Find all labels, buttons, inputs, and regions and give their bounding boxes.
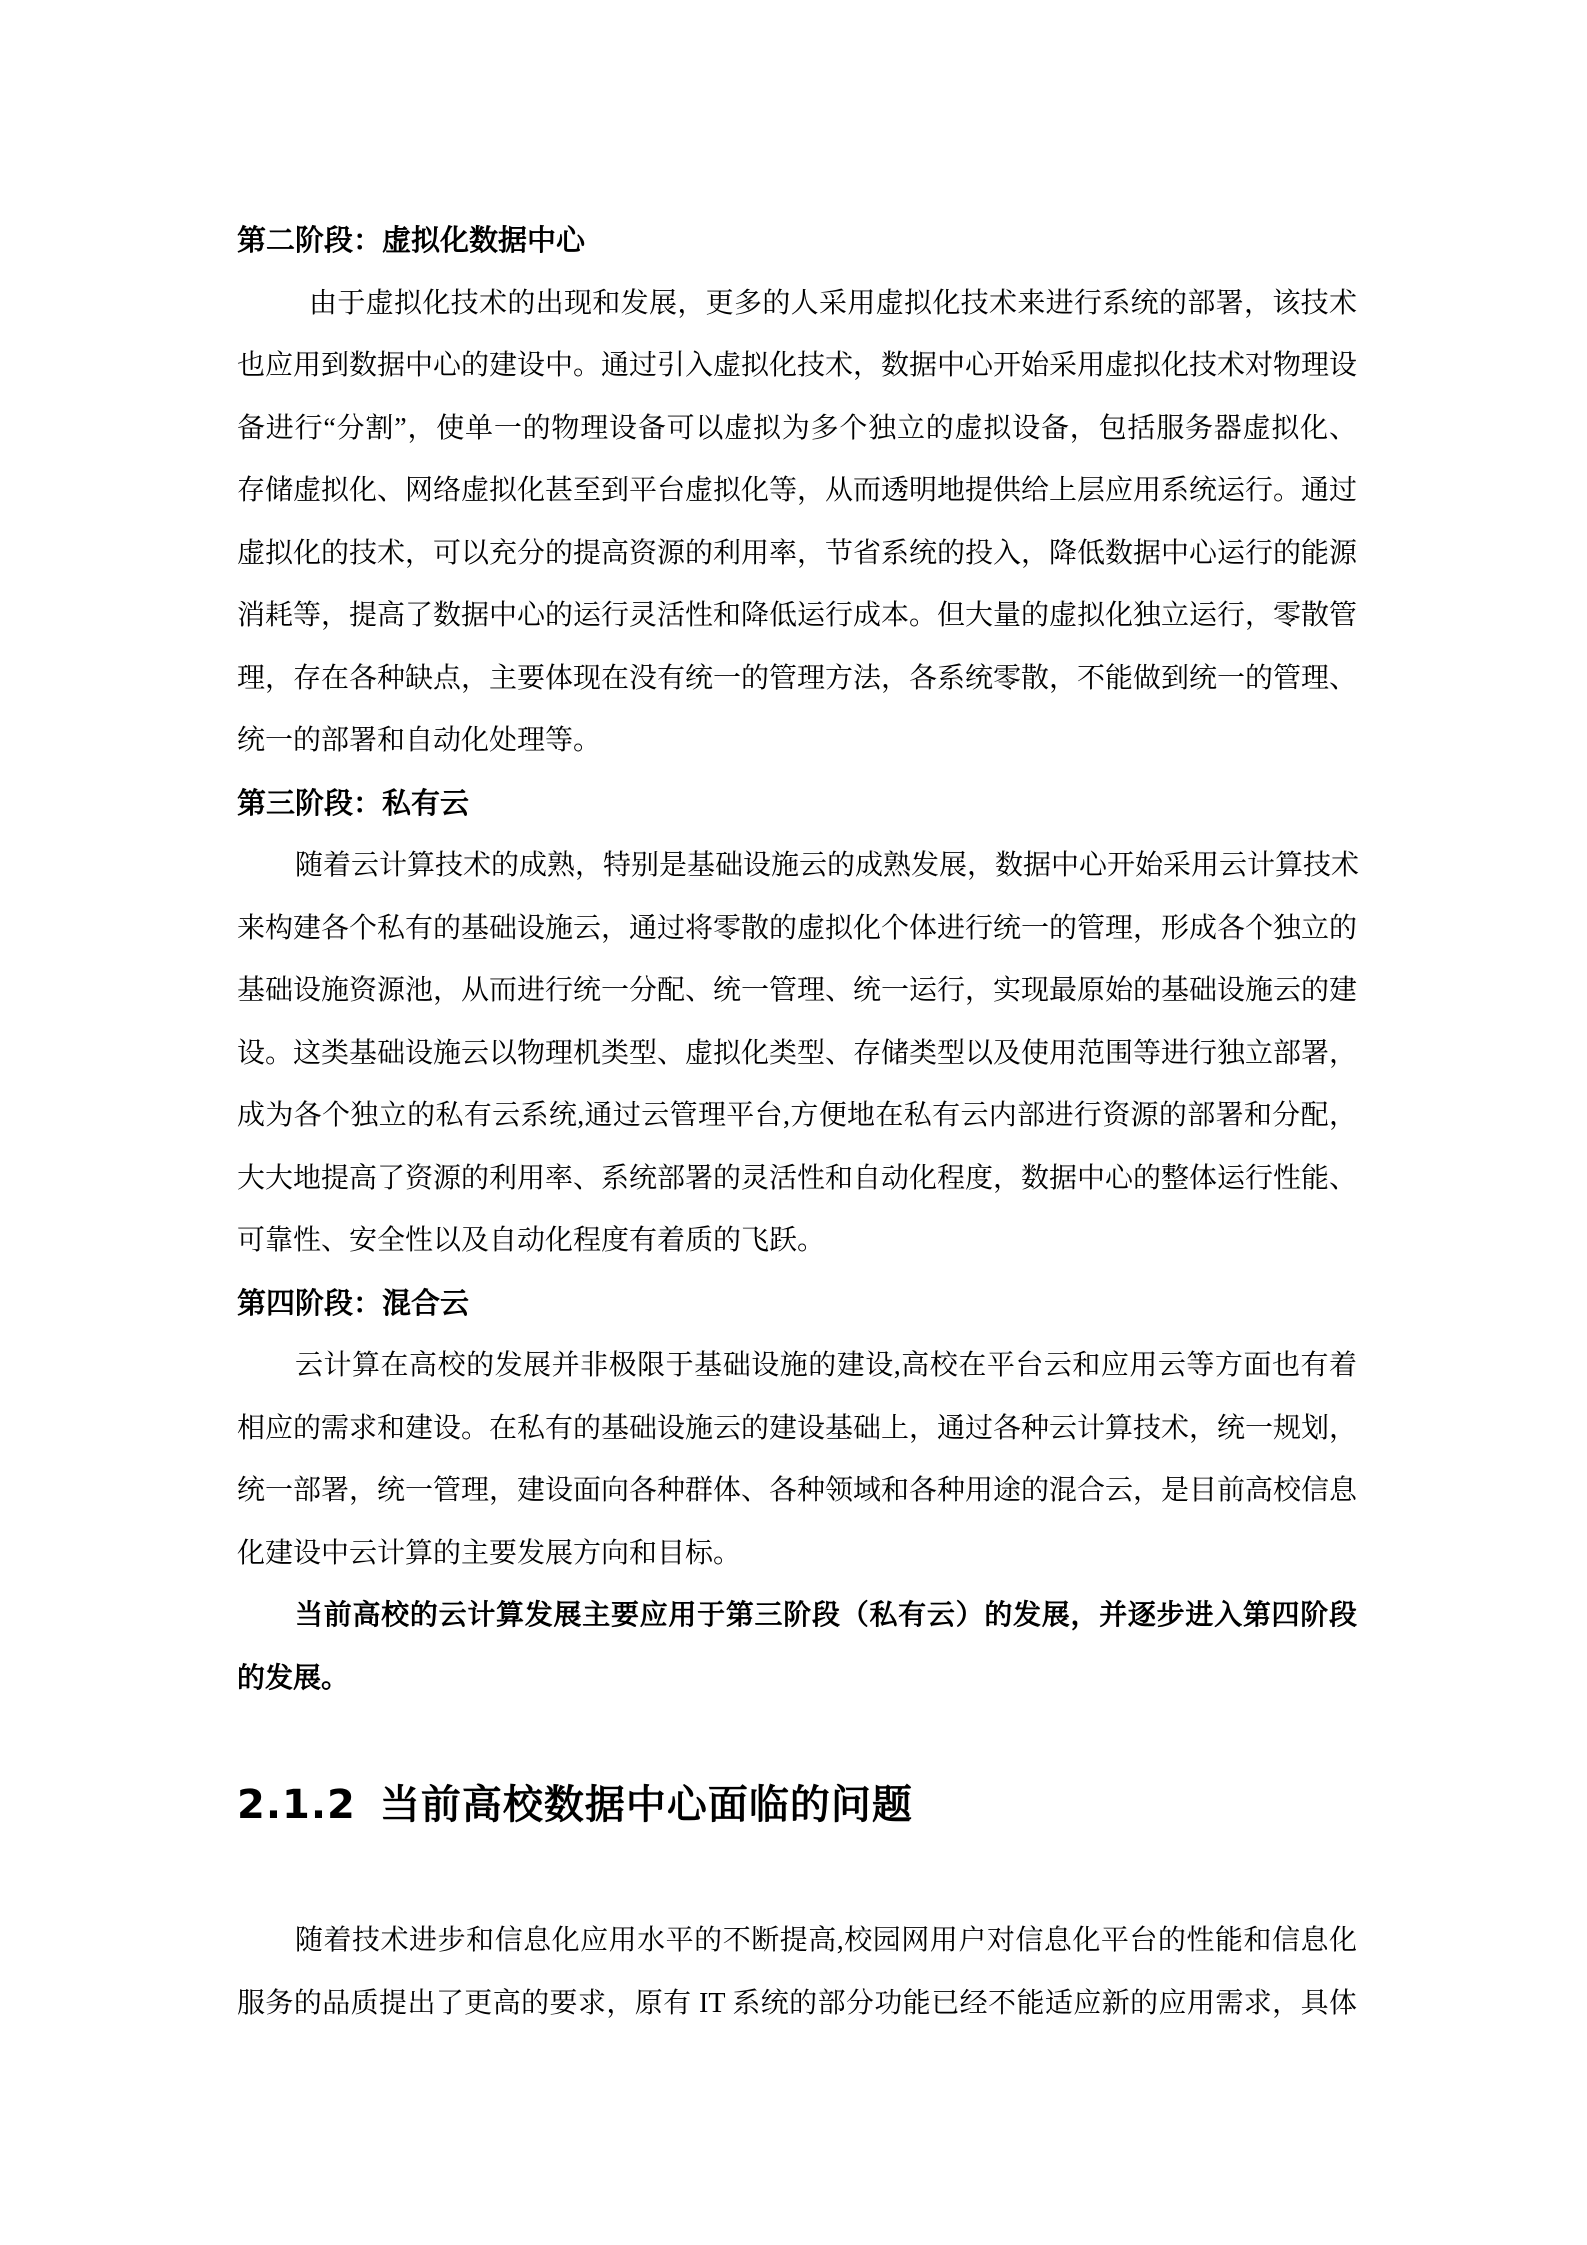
body-line: 化建设中云计算的主要发展方向和目标。: [237, 1523, 1357, 1586]
document-page: 第二阶段：虚拟化数据中心 由于虚拟化技术的出现和发展，更多的人采用虚拟化技术来进…: [0, 0, 1587, 2245]
body-line: 备进行“分割”，使单一的物理设备可以虚拟为多个独立的虚拟设备，包括服务器虚拟化、: [237, 398, 1357, 461]
body-line: 当前高校的云计算发展主要应用于第三阶段（私有云）的发展，并逐步进入第四阶段: [237, 1585, 1357, 1648]
body-line: 来构建各个私有的基础设施云，通过将零散的虚拟化个体进行统一的管理，形成各个独立的: [237, 898, 1357, 961]
body-line: 相应的需求和建设。在私有的基础设施云的建设基础上，通过各种云计算技术，统一规划，: [237, 1398, 1357, 1461]
body-line: 也应用到数据中心的建设中。通过引入虚拟化技术，数据中心开始采用虚拟化技术对物理设: [237, 335, 1357, 398]
paragraph-stage2: 由于虚拟化技术的出现和发展，更多的人采用虚拟化技术来进行系统的部署，该技术 也应…: [237, 273, 1357, 773]
body-line: 大大地提高了资源的利用率、系统部署的灵活性和自动化程度，数据中心的整体运行性能、: [237, 1148, 1357, 1211]
paragraph-conclusion: 当前高校的云计算发展主要应用于第三阶段（私有云）的发展，并逐步进入第四阶段 的发…: [237, 1585, 1357, 1710]
heading-stage2: 第二阶段：虚拟化数据中心: [237, 210, 1357, 273]
paragraph-problems: 随着技术进步和信息化应用水平的不断提高,校园网用户对信息化平台的性能和信息化 服…: [237, 1910, 1357, 2035]
body-line: 基础设施资源池，从而进行统一分配、统一管理、统一运行，实现最原始的基础设施云的建: [237, 960, 1357, 1023]
body-line: 设。这类基础设施云以物理机类型、虚拟化类型、存储类型以及使用范围等进行独立部署，: [237, 1023, 1357, 1086]
heading-stage4: 第四阶段：混合云: [237, 1273, 1357, 1336]
section-number: 2.1.2: [237, 1782, 356, 1828]
body-line: 虚拟化的技术，可以充分的提高资源的利用率，节省系统的投入，降低数据中心运行的能源: [237, 523, 1357, 586]
heading-stage3: 第三阶段：私有云: [237, 773, 1357, 836]
body-line: 存储虚拟化、网络虚拟化甚至到平台虚拟化等，从而透明地提供给上层应用系统运行。通过: [237, 460, 1357, 523]
body-line: 统一部署，统一管理，建设面向各种群体、各种领域和各种用途的混合云，是目前高校信息: [237, 1460, 1357, 1523]
section-heading-2-1-2: 2.1.2当前高校数据中心面临的问题: [237, 1778, 1357, 1832]
paragraph-stage4: 云计算在高校的发展并非极限于基础设施的建设,高校在平台云和应用云等方面也有着 相…: [237, 1335, 1357, 1585]
body-line: 消耗等，提高了数据中心的运行灵活性和降低运行成本。但大量的虚拟化独立运行，零散管: [237, 585, 1357, 648]
body-line: 的发展。: [237, 1648, 1357, 1711]
body-line: 成为各个独立的私有云系统,通过云管理平台,方便地在私有云内部进行资源的部署和分配…: [237, 1085, 1357, 1148]
body-line: 由于虚拟化技术的出现和发展，更多的人采用虚拟化技术来进行系统的部署，该技术: [237, 273, 1357, 336]
paragraph-stage3: 随着云计算技术的成熟，特别是基础设施云的成熟发展，数据中心开始采用云计算技术 来…: [237, 835, 1357, 1273]
body-line: 统一的部署和自动化处理等。: [237, 710, 1357, 773]
page-content: 第二阶段：虚拟化数据中心 由于虚拟化技术的出现和发展，更多的人采用虚拟化技术来进…: [237, 210, 1357, 2035]
body-line: 随着技术进步和信息化应用水平的不断提高,校园网用户对信息化平台的性能和信息化: [237, 1910, 1357, 1973]
body-line: 服务的品质提出了更高的要求，原有 IT 系统的部分功能已经不能适应新的应用需求，…: [237, 1973, 1357, 2036]
body-line: 可靠性、安全性以及自动化程度有着质的飞跃。: [237, 1210, 1357, 1273]
body-line: 随着云计算技术的成熟，特别是基础设施云的成熟发展，数据中心开始采用云计算技术: [237, 835, 1357, 898]
section-title: 当前高校数据中心面临的问题: [380, 1782, 913, 1828]
body-line: 理，存在各种缺点，主要体现在没有统一的管理方法，各系统零散，不能做到统一的管理、: [237, 648, 1357, 711]
body-line: 云计算在高校的发展并非极限于基础设施的建设,高校在平台云和应用云等方面也有着: [237, 1335, 1357, 1398]
